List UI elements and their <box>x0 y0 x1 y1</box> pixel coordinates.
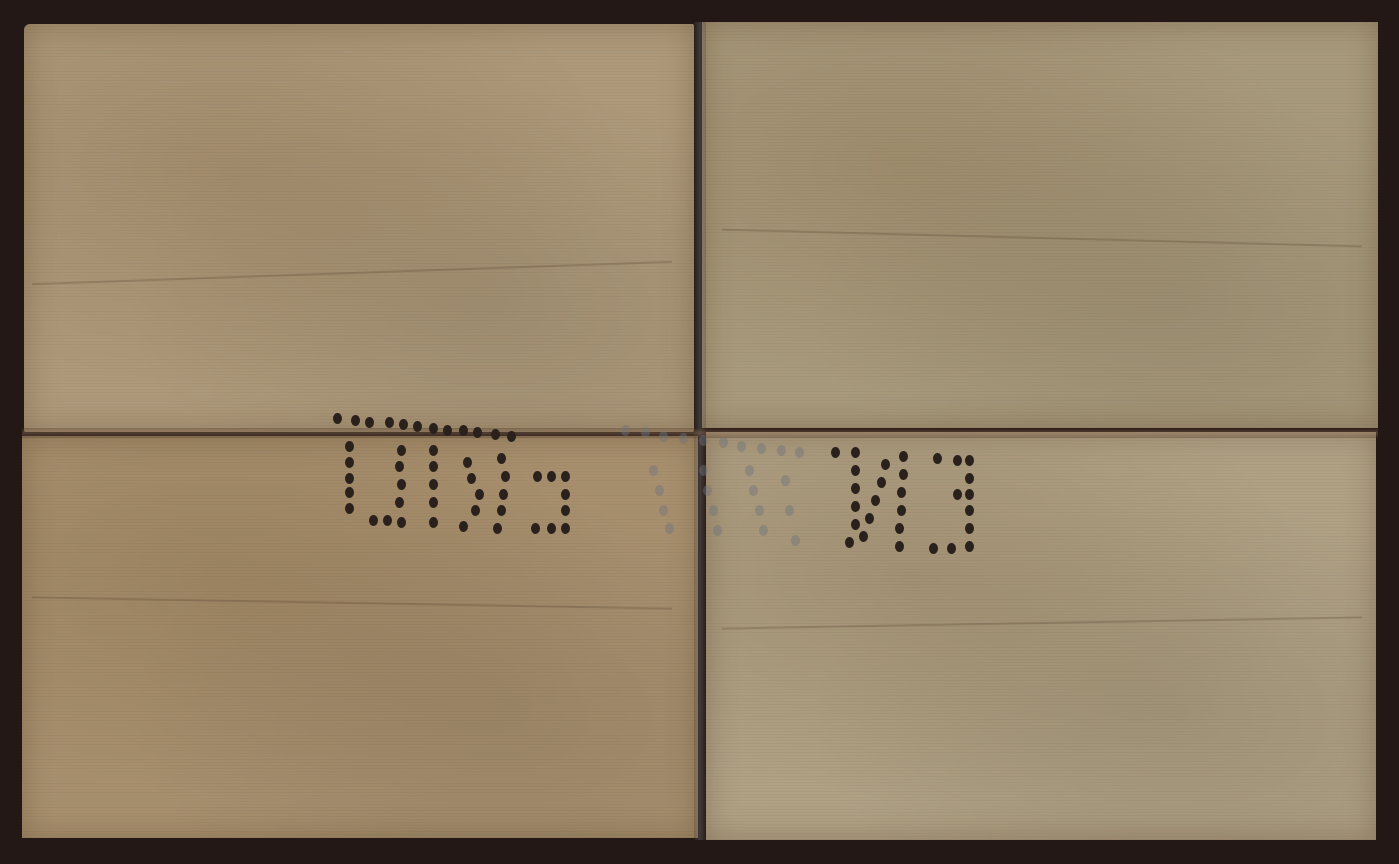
punched-hole <box>345 441 354 452</box>
punched-hole <box>933 453 942 464</box>
punched-hole <box>547 523 556 534</box>
punched-hole <box>851 483 860 494</box>
punched-hole <box>531 523 540 534</box>
punched-hole <box>429 497 438 508</box>
punched-hole <box>965 473 974 484</box>
punched-hole <box>333 413 342 424</box>
punched-hole <box>463 457 472 468</box>
punched-hole <box>757 443 766 454</box>
punched-hole <box>895 523 904 534</box>
punched-hole <box>897 487 906 498</box>
punched-hole <box>547 471 556 482</box>
punched-hole <box>429 461 438 472</box>
punched-hole <box>781 475 790 486</box>
paper-panel-top-right <box>702 22 1378 428</box>
punched-hole <box>929 543 938 554</box>
punched-hole <box>953 455 962 466</box>
punched-hole <box>385 417 394 428</box>
punched-hole <box>621 425 630 436</box>
punched-hole <box>395 461 404 472</box>
punched-hole <box>501 471 510 482</box>
punched-hole <box>871 495 880 506</box>
punched-hole <box>471 505 480 516</box>
punched-hole <box>719 437 728 448</box>
punched-hole <box>533 471 542 482</box>
punched-hole <box>709 505 718 516</box>
punched-hole <box>345 473 354 484</box>
punched-hole <box>845 537 854 548</box>
punched-hole <box>665 523 674 534</box>
punched-hole <box>467 473 476 484</box>
punched-hole <box>965 489 974 500</box>
punched-hole <box>429 479 438 490</box>
punched-hole <box>947 543 956 554</box>
punched-hole <box>899 469 908 480</box>
punched-hole <box>369 515 378 526</box>
punched-hole <box>507 431 516 442</box>
punched-hole <box>965 505 974 516</box>
perforation-text: ƎИVCEΓΓED <box>325 405 326 406</box>
punched-hole <box>795 447 804 458</box>
punched-hole <box>699 435 708 446</box>
punched-hole <box>473 427 482 438</box>
punched-hole <box>831 447 840 458</box>
punched-hole <box>429 517 438 528</box>
punched-hole <box>759 525 768 536</box>
paper-panel-top-left <box>24 24 694 432</box>
punched-hole <box>397 479 406 490</box>
punched-hole <box>679 433 688 444</box>
punched-hole <box>561 505 570 516</box>
punched-hole <box>965 455 974 466</box>
punched-hole <box>499 489 508 500</box>
punched-hole <box>877 477 886 488</box>
punched-hole <box>895 541 904 552</box>
punched-hole <box>561 523 570 534</box>
punched-hole <box>345 457 354 468</box>
punched-hole <box>497 453 506 464</box>
punched-hole <box>475 489 484 500</box>
punched-hole <box>699 465 708 476</box>
punched-hole <box>659 431 668 442</box>
punched-hole <box>497 505 506 516</box>
punched-hole <box>345 503 354 514</box>
punched-hole <box>745 465 754 476</box>
punched-hole <box>561 489 570 500</box>
punched-hole <box>459 521 468 532</box>
punched-hole <box>785 505 794 516</box>
punched-hole <box>737 441 746 452</box>
punched-hole <box>443 425 452 436</box>
punched-hole <box>965 541 974 552</box>
punched-hole <box>429 445 438 456</box>
punched-hole <box>491 429 500 440</box>
punched-hole <box>493 523 502 534</box>
punched-hole <box>655 485 664 496</box>
punched-hole <box>397 517 406 528</box>
punched-hole <box>383 515 392 526</box>
punched-hole <box>413 421 422 432</box>
punched-hole <box>749 485 758 496</box>
punched-hole <box>351 415 360 426</box>
punched-hole <box>397 445 406 456</box>
punched-hole <box>791 535 800 546</box>
punched-hole <box>851 519 860 530</box>
punched-hole <box>899 451 908 462</box>
punched-hole <box>429 423 438 434</box>
punched-hole <box>777 445 786 456</box>
punched-hole <box>659 505 668 516</box>
punched-hole <box>851 501 860 512</box>
perforated-cancellation-mark: ƎИVCEΓΓED <box>325 405 945 555</box>
punched-hole <box>713 525 722 536</box>
punched-hole <box>897 505 906 516</box>
punched-hole <box>649 465 658 476</box>
punched-hole <box>859 531 868 542</box>
punched-hole <box>953 489 962 500</box>
punched-hole <box>345 487 354 498</box>
punched-hole <box>851 447 860 458</box>
punched-hole <box>399 419 408 430</box>
punched-hole <box>395 497 404 508</box>
punched-hole <box>755 505 764 516</box>
punched-hole <box>459 425 468 436</box>
punched-hole <box>365 417 374 428</box>
punched-hole <box>641 427 650 438</box>
punched-hole <box>703 485 712 496</box>
punched-hole <box>965 523 974 534</box>
punched-hole <box>561 471 570 482</box>
punched-hole <box>881 459 890 470</box>
punched-hole <box>851 465 860 476</box>
punched-hole <box>865 513 874 524</box>
